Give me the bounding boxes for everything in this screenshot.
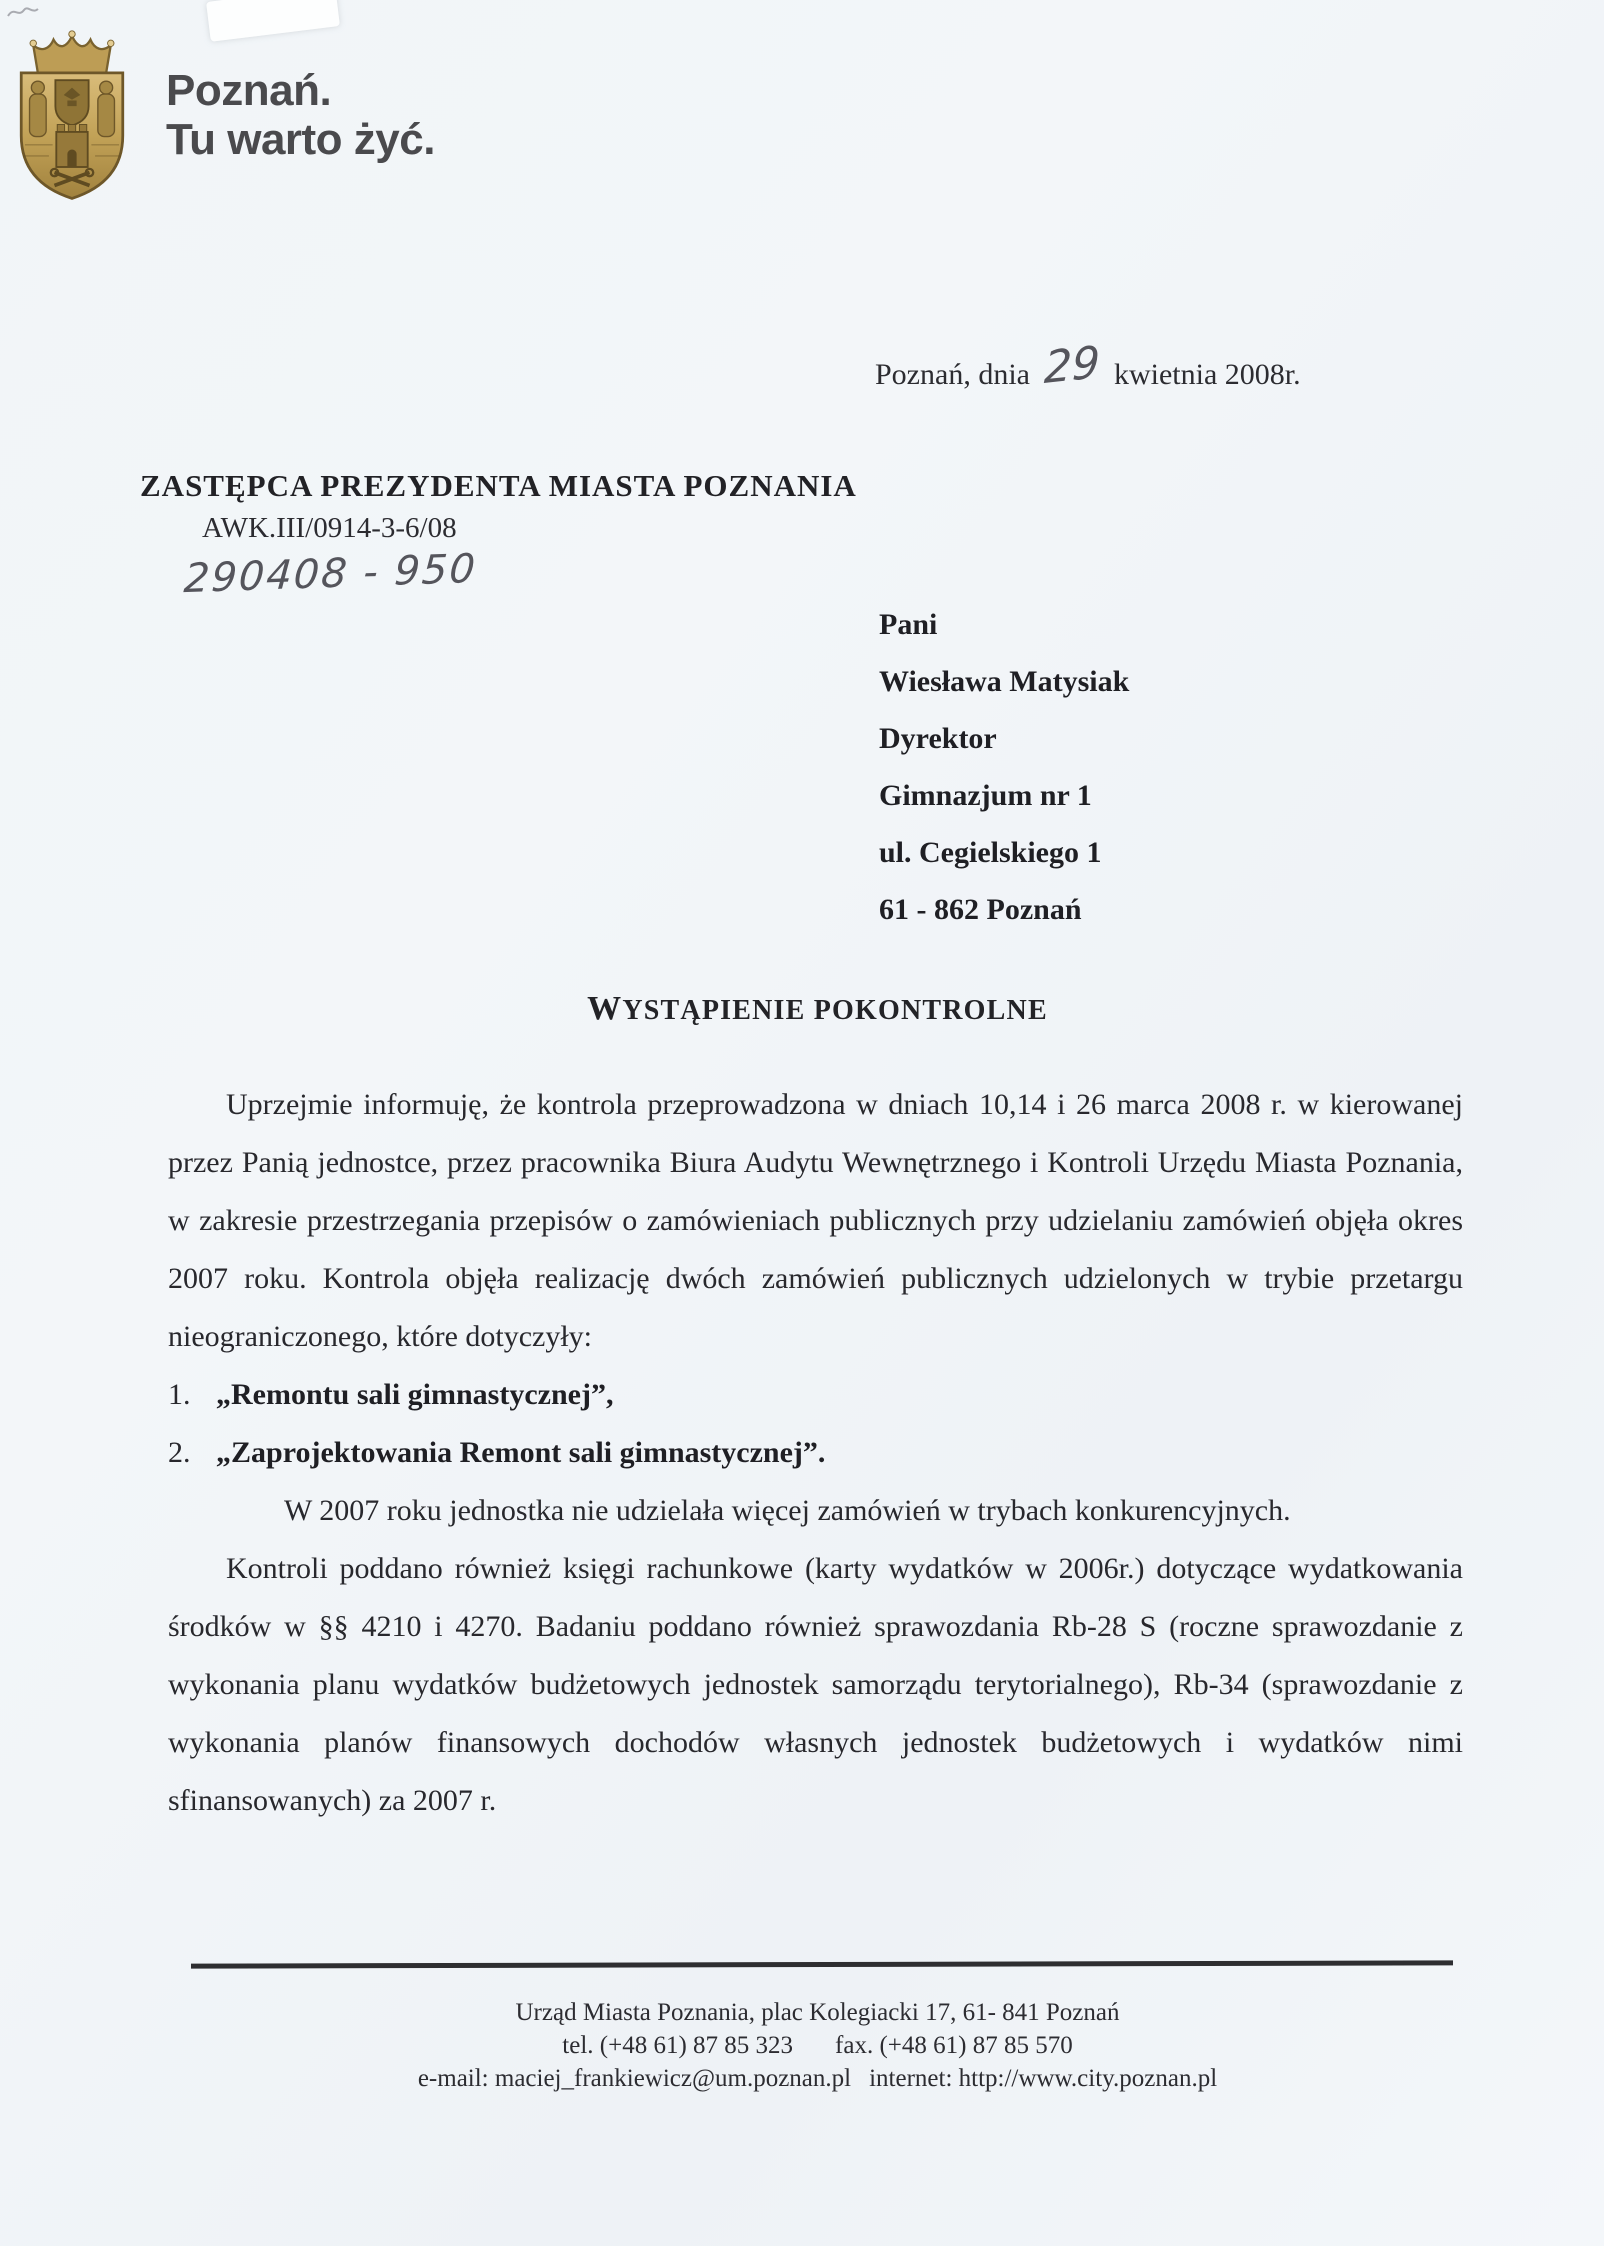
date-suffix: kwietnia 2008r. (1114, 358, 1301, 392)
sender-name: ZASTĘPCA PREZYDENTA MIASTA POZNANIA (140, 468, 857, 504)
letter-body: Uprzejmie informuję, że kontrola przepro… (168, 1076, 1463, 1830)
footer-fax: fax. (+48 61) 87 85 570 (835, 2032, 1073, 2059)
list-item-number: 2. (168, 1424, 216, 1482)
footer-email: e-mail: maciej_frankiewicz@um.poznan.pl (418, 2065, 851, 2092)
footer-address: Urząd Miasta Poznania, plac Kolegiacki 1… (170, 1996, 1465, 2029)
recipient-institution: Gimnazjum nr 1 (879, 767, 1129, 824)
body-paragraph-2: W 2007 roku jednostka nie udzielała więc… (168, 1482, 1463, 1540)
handwritten-day: 29 (1043, 337, 1100, 394)
footer-phone-fax: tel. (+48 61) 87 85 323fax. (+48 61) 87 … (170, 2029, 1465, 2062)
recipient-street: ul. Cegielskiego 1 (879, 824, 1129, 881)
case-reference-number: AWK.III/0914-3-6/08 (202, 512, 857, 545)
footer-internet: internet: http://www.city.poznan.pl (869, 2065, 1217, 2092)
list-item-label: „Zaprojektowania Remont sali gimnastyczn… (216, 1424, 825, 1482)
poznan-coat-of-arms-icon (12, 18, 132, 208)
date-line: Poznań, dnia 29 kwietnia 2008r. (875, 344, 1301, 395)
list-item: 1. „Remontu sali gimnastycznej”, (168, 1366, 1463, 1424)
sender-block: ZASTĘPCA PREZYDENTA MIASTA POZNANIA AWK.… (140, 468, 857, 597)
recipient-city: 61 - 862 Poznań (879, 881, 1129, 938)
handwritten-note: 290408 - 950 (182, 546, 478, 602)
document-title: WYSTĄPIENIE POKONTROLNE (170, 990, 1465, 1028)
recipient-salutation: Pani (879, 596, 1129, 653)
scanned-letter-page: Poznań. Tu warto żyć. Poznań, dnia 29 kw… (0, 0, 1604, 2246)
city-logo-wordmark: Poznań. Tu warto żyć. (166, 66, 435, 164)
footer-divider (191, 1960, 1453, 1968)
body-paragraph-3: Kontroli poddano również księgi rachunko… (168, 1540, 1463, 1830)
list-item-number: 1. (168, 1366, 216, 1424)
recipient-role: Dyrektor (879, 710, 1129, 767)
date-prefix: Poznań, dnia (875, 358, 1030, 392)
list-item: 2. „Zaprojektowania Remont sali gimnasty… (168, 1424, 1463, 1482)
recipient-block: Pani Wiesława Matysiak Dyrektor Gimnazju… (879, 596, 1129, 938)
footer-phone: tel. (+48 61) 87 85 323 (562, 2032, 793, 2059)
logo-title: Poznań. (166, 66, 435, 115)
logo-subtitle: Tu warto żyć. (166, 115, 435, 164)
footer-contact-block: Urząd Miasta Poznania, plac Kolegiacki 1… (170, 1996, 1465, 2095)
recipient-name: Wiesława Matysiak (879, 653, 1129, 710)
scan-tape-mark (206, 0, 340, 42)
body-paragraph-1: Uprzejmie informuję, że kontrola przepro… (168, 1076, 1463, 1366)
contracts-list: 1. „Remontu sali gimnastycznej”, 2. „Zap… (168, 1366, 1463, 1482)
footer-email-internet: e-mail: maciej_frankiewicz@um.poznan.pli… (170, 2062, 1465, 2095)
list-item-label: „Remontu sali gimnastycznej”, (216, 1366, 613, 1424)
